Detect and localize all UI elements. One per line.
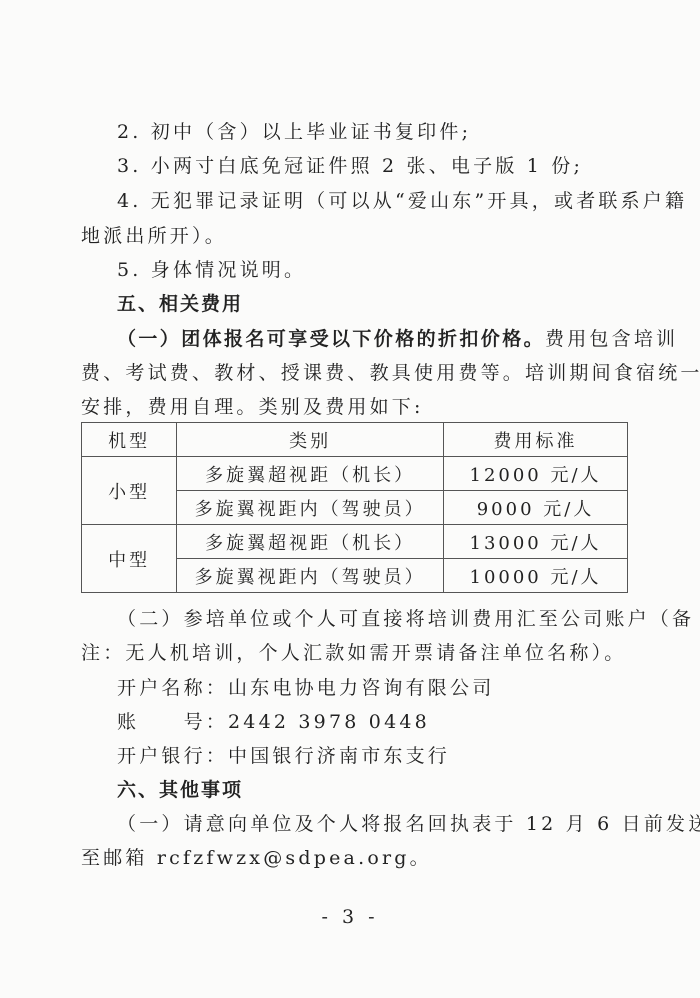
category-cell: 多旋翼超视距（机长） bbox=[177, 457, 444, 491]
category-cell: 多旋翼视距内（驾驶员） bbox=[177, 559, 444, 593]
list-item: 2. 初中（含）以上毕业证书复印件; bbox=[117, 120, 471, 144]
fee-cell: 12000 元/人 bbox=[444, 457, 628, 491]
account-name: 开户名称：山东电协电力咨询有限公司 bbox=[117, 676, 494, 700]
list-item: 5. 身体情况说明。 bbox=[117, 258, 306, 282]
header-cell: 类别 bbox=[177, 423, 444, 457]
page-number: - 3 - bbox=[0, 906, 700, 928]
section-heading: 六、其他事项 bbox=[117, 778, 243, 802]
list-item: 4. 无犯罪记录证明（可以从“爱山东”开具，或者联系户籍 bbox=[117, 189, 687, 213]
bank-name: 开户银行：中国银行济南市东支行 bbox=[117, 744, 450, 768]
bold-lead: （一）团体报名可享受以下价格的折扣价格。 bbox=[117, 328, 545, 350]
paragraph-line: （一）请意向单位及个人将报名回执表于 12 月 6 日前发送 bbox=[117, 812, 700, 836]
paragraph-text: 费用包含培训 bbox=[545, 328, 678, 350]
table-row: 中型 多旋翼超视距（机长） 13000 元/人 bbox=[82, 525, 628, 559]
fee-cell: 10000 元/人 bbox=[444, 559, 628, 593]
fee-cell: 9000 元/人 bbox=[444, 491, 628, 525]
type-cell: 小型 bbox=[82, 457, 177, 525]
category-cell: 多旋翼视距内（驾驶员） bbox=[177, 491, 444, 525]
category-cell: 多旋翼超视距（机长） bbox=[177, 525, 444, 559]
fee-table: 机型 类别 费用标准 小型 多旋翼超视距（机长） 12000 元/人 多旋翼视距… bbox=[81, 422, 628, 593]
paragraph-line: 费、考试费、教材、授课费、教具使用费等。培训期间食宿统一 bbox=[81, 361, 700, 385]
fee-cell: 13000 元/人 bbox=[444, 525, 628, 559]
header-cell: 费用标准 bbox=[444, 423, 628, 457]
paragraph-line: 安排，费用自理。类别及费用如下: bbox=[81, 395, 424, 419]
paragraph-line: （二）参培单位或个人可直接将培训费用汇至公司账户（备 bbox=[117, 607, 694, 631]
section-heading: 五、相关费用 bbox=[117, 292, 243, 316]
list-item: 3. 小两寸白底免冠证件照 2 张、电子版 1 份; bbox=[117, 154, 583, 178]
paragraph-line: 至邮箱 rcfzfwzx@sdpea.org。 bbox=[81, 846, 432, 870]
type-cell: 中型 bbox=[82, 525, 177, 593]
header-cell: 机型 bbox=[82, 423, 177, 457]
table-row: 小型 多旋翼超视距（机长） 12000 元/人 bbox=[82, 457, 628, 491]
paragraph-line: 注：无人机培训，个人汇款如需开票请备注单位名称）。 bbox=[81, 641, 627, 665]
paragraph: （一）团体报名可享受以下价格的折扣价格。费用包含培训 bbox=[117, 327, 678, 351]
list-item-continuation: 地派出所开）。 bbox=[81, 224, 227, 248]
table-header-row: 机型 类别 费用标准 bbox=[82, 423, 628, 457]
account-number: 账 号：2442 3978 0448 bbox=[117, 710, 430, 734]
